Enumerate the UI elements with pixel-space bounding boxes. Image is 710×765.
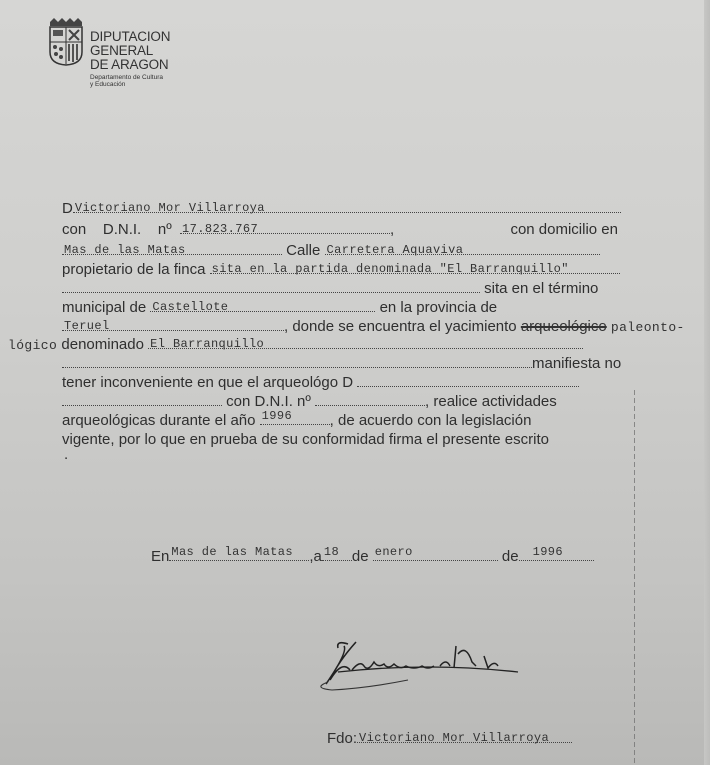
name-field[interactable]: Victoriano Mor Villarroya xyxy=(73,200,621,217)
province-field[interactable]: Teruel xyxy=(62,318,284,335)
comma: , xyxy=(390,221,394,238)
department-line-1: Departamento de Cultura xyxy=(90,74,210,81)
department-name: Departamento de Cultura y Educación xyxy=(90,74,210,88)
province-value: Teruel xyxy=(64,319,110,333)
dni-field[interactable]: 17.823.767 xyxy=(180,221,390,238)
label-provincia: en la provincia de xyxy=(380,299,498,316)
org-line-1: DIPUTACION xyxy=(90,30,230,44)
coat-of-arms-icon xyxy=(48,18,84,66)
blank-dots xyxy=(62,290,480,293)
street-field[interactable]: Carretera Aquaviva xyxy=(325,242,600,259)
town-field[interactable]: Mas de las Matas xyxy=(62,242,282,259)
form-line-address: Mas de las Matas Calle Carretera Aquaviv… xyxy=(62,242,600,259)
label-legislacion: , de acuerdo con la legislación xyxy=(330,412,532,429)
paper-edge xyxy=(704,0,710,765)
month-value: enero xyxy=(375,545,413,559)
label-dni: D.N.I. xyxy=(103,221,141,238)
date-line: EnMas de las Matas,a18de enero de1996 xyxy=(151,548,594,565)
label-en: En xyxy=(151,548,169,565)
department-line-2: y Educación xyxy=(90,81,210,88)
day-value: 18 xyxy=(324,545,339,559)
blank-dots xyxy=(62,365,532,368)
label-dni-2: con D.N.I. nº xyxy=(226,393,311,410)
name-value: Victoriano Mor Villarroya xyxy=(75,201,265,215)
year-value: 1996 xyxy=(262,409,292,423)
form-line-finca: propietario de la finca sita en la parti… xyxy=(62,261,620,278)
form-line-actividades: con D.N.I. nº , realice actividades xyxy=(62,393,557,410)
label-d: D xyxy=(62,200,73,217)
label-finca: propietario de la finca xyxy=(62,261,205,278)
typed-correction-continued: lógico xyxy=(8,338,57,353)
label-de: de xyxy=(352,548,369,565)
label-period: . xyxy=(64,446,68,463)
place-field[interactable]: Mas de las Matas xyxy=(169,548,309,565)
label-fdo: Fdo: xyxy=(327,730,357,747)
label-domicilio: con domicilio en xyxy=(510,221,618,238)
site-name-field[interactable]: El Barranquillo xyxy=(148,336,583,353)
municipality-field[interactable]: Castellote xyxy=(150,299,375,316)
typed-correction: paleonto- xyxy=(611,320,685,335)
label-actividades: , realice actividades xyxy=(425,393,557,410)
finca-value: sita en la partida denominada "El Barran… xyxy=(212,262,569,276)
day-field[interactable]: 18 xyxy=(322,548,352,565)
label-de-2: de xyxy=(502,548,519,565)
form-line-end: . xyxy=(64,446,68,463)
signer-line: Fdo:Victoriano Mor Villarroya xyxy=(327,730,572,747)
label-denominado: denominado xyxy=(61,336,144,353)
handwritten-signature xyxy=(308,632,528,692)
label-termino: sita en el término xyxy=(484,280,598,297)
archaeologist-field[interactable] xyxy=(357,374,579,391)
label-municipal: municipal de xyxy=(62,299,146,316)
street-value: Carretera Aquaviva xyxy=(327,243,464,257)
month-field[interactable]: enero xyxy=(373,548,498,565)
site-name-value: El Barranquillo xyxy=(150,337,264,351)
form-line-dni: con D.N.I. nº 17.823.767, con domicilio … xyxy=(62,221,618,238)
place-value: Mas de las Matas xyxy=(171,545,293,559)
label-ano: arqueológicas durante el año xyxy=(62,412,255,429)
signer-field[interactable]: Victoriano Mor Villarroya xyxy=(357,730,572,747)
form-line-termino: sita en el término xyxy=(62,280,598,297)
dni-value: 17.823.767 xyxy=(182,222,258,236)
label-yacimiento: , donde se encuentra el yacimiento xyxy=(284,318,517,335)
year-field[interactable]: 1996 xyxy=(260,412,330,429)
org-line-2: GENERAL xyxy=(90,44,230,58)
label-calle: Calle xyxy=(286,242,320,259)
form-line-name: DVictoriano Mor Villarroya xyxy=(62,200,621,217)
label-arqueologo: tener inconveniente en que el arqueológo… xyxy=(62,374,353,391)
struck-word: arqueológico xyxy=(521,318,607,335)
town-value: Mas de las Matas xyxy=(64,243,186,257)
fold-line xyxy=(634,390,635,765)
finca-field[interactable]: sita en la partida denominada "El Barran… xyxy=(210,261,620,278)
form-line-ano: arqueológicas durante el año 1996, de ac… xyxy=(62,412,531,429)
blank-dots xyxy=(62,403,222,406)
label-no: nº xyxy=(158,221,172,238)
form-line-arqueologo: tener inconveniente en que el arqueológo… xyxy=(62,374,579,391)
label-manifiesta: manifiesta no xyxy=(532,355,621,372)
form-line-denominado: lógico denominado El Barranquillo xyxy=(8,336,583,353)
label-conformidad: vigente, por lo que en prueba de su conf… xyxy=(62,431,549,448)
municipality-value: Castellote xyxy=(152,300,228,314)
date-year-field[interactable]: 1996 xyxy=(519,548,594,565)
form-line-yacimiento: Teruel, donde se encuentra el yacimiento… xyxy=(62,318,685,335)
signer-value: Victoriano Mor Villarroya xyxy=(359,731,549,745)
label-con: con xyxy=(62,221,86,238)
form-line-conformidad: vigente, por lo que en prueba de su conf… xyxy=(62,431,549,448)
label-a: ,a xyxy=(309,548,322,565)
organization-name: DIPUTACION GENERAL DE ARAGON xyxy=(90,30,230,72)
archaeologist-dni-field[interactable] xyxy=(315,393,425,410)
form-line-municipal: municipal de Castellote en la provincia … xyxy=(62,299,497,316)
org-line-3: DE ARAGON xyxy=(90,58,230,72)
date-year-value: 1996 xyxy=(533,545,563,559)
form-line-manifiesta: manifiesta no xyxy=(62,355,621,372)
